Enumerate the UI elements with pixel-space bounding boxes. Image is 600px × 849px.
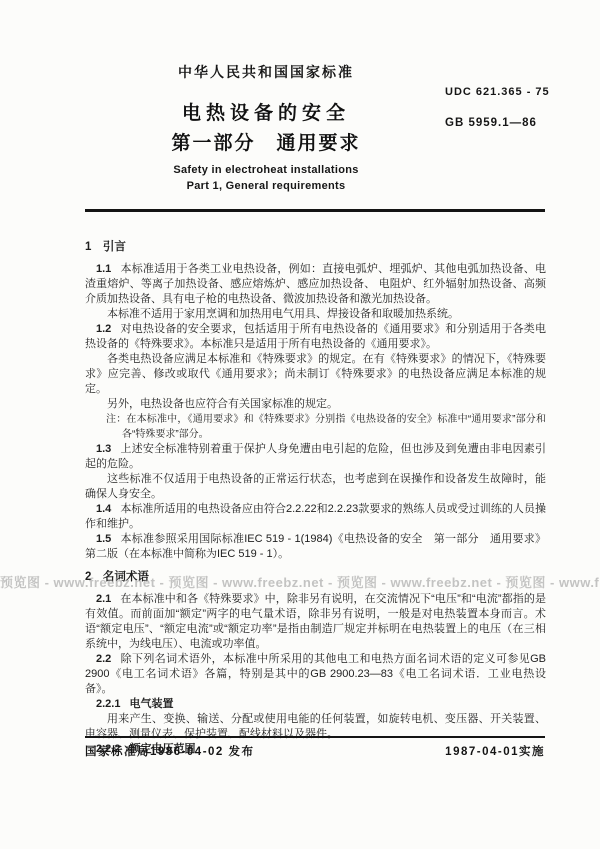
clause-number: 1.1: [96, 263, 111, 275]
body-paragraph: 这些标准不仅适用于电热设备的正常运行状态，也考虑到在误操作和设备发生故障时，能确…: [85, 472, 546, 502]
document-body: 1 引言1.1本标准适用于各类工业电热设备，例如：直接电弧炉、埋弧炉、其他电弧加…: [85, 240, 546, 757]
release-date: 国家标准局1986-04-02 发布: [85, 743, 255, 759]
clause-number: 1.3: [96, 443, 111, 455]
clause-number: 2.2.1: [96, 698, 120, 710]
header-divider: [85, 209, 545, 212]
standard-title-en: Safety in electroheat installations: [96, 163, 436, 177]
watermark-overlay: 预览图 - www.freebz.net - 预览图 - www.freebz.…: [0, 572, 600, 591]
document-header: 中华人民共和国国家标准 电热设备的安全 第一部分 通用要求 Safety in …: [96, 63, 436, 193]
clause-number: 2.2: [96, 653, 111, 665]
clause-number: 1.5: [96, 533, 111, 545]
body-paragraph: 1.4本标准所适用的电热设备应由符合2.2.22和2.2.23款要求的熟练人员或…: [85, 502, 546, 532]
clause-number: 1.2: [96, 323, 111, 335]
standard-subtitle-en: Part 1, General requirements: [96, 179, 436, 193]
udc-number: UDC 621.365 - 75: [445, 86, 550, 98]
document-page: 中华人民共和国国家标准 电热设备的安全 第一部分 通用要求 Safety in …: [0, 0, 600, 849]
body-paragraph: 1.3上述安全标准特别着重于保护人身免遭由电引起的危险，但也涉及到免遭由非电因素…: [85, 442, 546, 472]
body-paragraph: 另外，电热设备也应符合有关国家标准的规定。: [85, 397, 546, 412]
standard-code: GB 5959.1—86: [445, 117, 537, 129]
implementation-date: 1987-04-01实施: [345, 743, 545, 759]
body-paragraph: 1.2对电热设备的安全要求，包括适用于所有电热设备的《通用要求》和分别适用于各类…: [85, 322, 546, 352]
clause-heading: 2.2.1电气装置: [85, 697, 546, 712]
note-paragraph: 注：在本标准中，《通用要求》和《特殊要求》分别指《电热设备的安全》标准中“通用要…: [85, 412, 546, 442]
body-paragraph: 2.2除下列名词术语外，本标准中所采用的其他电工和电热方面名词术语的定义可参见G…: [85, 652, 546, 697]
standard-title-cn: 电热设备的安全: [96, 101, 436, 127]
issuing-org-title: 中华人民共和国国家标准: [96, 63, 436, 81]
body-paragraph: 各类电热设备应满足本标准和《特殊要求》的规定。在有《特殊要求》的情况下，《特殊要…: [85, 352, 546, 397]
footer-divider: [85, 736, 545, 738]
body-paragraph: 本标准不适用于家用烹调和加热用电气用具、焊接设备和取暖加热系统。: [85, 307, 546, 322]
body-paragraph: 1.5本标准参照采用国际标准IEC 519 - 1(1984)《电热设备的安全 …: [85, 532, 546, 562]
body-paragraph: 1.1本标准适用于各类工业电热设备，例如：直接电弧炉、埋弧炉、其他电弧加热设备、…: [85, 262, 546, 307]
clause-number: 1.4: [96, 503, 111, 515]
clause-number: 2.1: [96, 593, 111, 605]
section-heading: 1 引言: [85, 240, 546, 255]
standard-subtitle-cn: 第一部分 通用要求: [96, 131, 436, 157]
body-paragraph: 2.1在本标准中和各《特殊要求》中，除非另有说明，在交流情况下“电压”和“电流”…: [85, 592, 546, 652]
